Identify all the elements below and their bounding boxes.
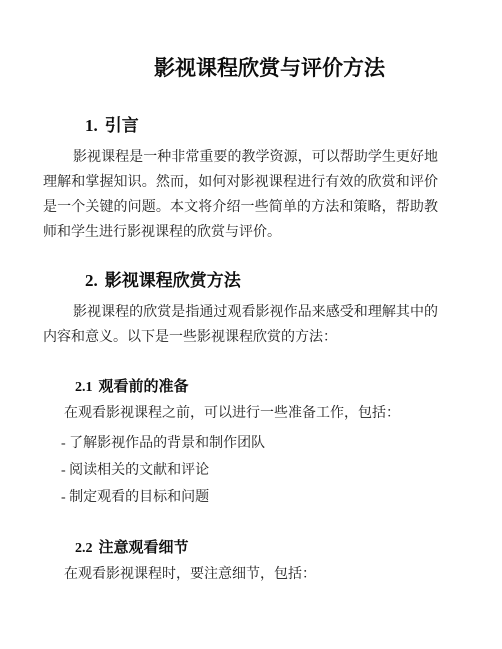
section-2-title-text: 影视课程欣赏方法 <box>105 271 241 290</box>
subsection-2-1-lead: 在观看影视课程之前，可以进行一些准备工作，包括： <box>64 401 438 426</box>
document-title: 影视课程欣赏与评价方法 <box>101 55 438 83</box>
section-2-number: 2. <box>85 271 98 290</box>
subsection-2-1-number: 2.1 <box>75 380 93 395</box>
section-introduction: 1.引言 影视课程是一种非常重要的教学资源，可以帮助学生更好地理解和掌握知识。然… <box>43 114 438 245</box>
subsection-2-1-preparation: 2.1观看前的准备 在观看影视课程之前，可以进行一些准备工作，包括： - 了解影… <box>43 376 438 511</box>
preparation-list: - 了解影视作品的背景和制作团队 - 阅读相关的文献和评论 - 制定观看的目标和… <box>61 430 438 511</box>
subsection-2-2-heading: 2.2注意观看细节 <box>75 537 438 560</box>
document-page: 影视课程欣赏与评价方法 1.引言 影视课程是一种非常重要的教学资源，可以帮助学生… <box>0 0 502 649</box>
section-1-number: 1. <box>85 116 98 135</box>
list-item: - 制定观看的目标和问题 <box>61 484 438 511</box>
subsection-2-2-number: 2.2 <box>75 541 93 556</box>
section-2-paragraph: 影视课程的欣赏是指通过观看影视作品来感受和理解其中的内容和意义。以下是一些影视课… <box>43 300 438 350</box>
subsection-2-1-heading: 2.1观看前的准备 <box>75 376 438 399</box>
subsection-2-2-details: 2.2注意观看细节 在观看影视课程时，要注意细节，包括： <box>43 537 438 587</box>
section-2-heading: 2.影视课程欣赏方法 <box>85 269 438 293</box>
list-item: - 了解影视作品的背景和制作团队 <box>61 430 438 457</box>
section-1-heading: 1.引言 <box>85 114 438 138</box>
subsection-2-2-lead: 在观看影视课程时，要注意细节，包括： <box>64 562 438 587</box>
section-1-paragraph: 影视课程是一种非常重要的教学资源，可以帮助学生更好地理解和掌握知识。然而，如何对… <box>43 145 438 245</box>
section-1-title-text: 引言 <box>105 116 139 135</box>
section-appreciation-methods: 2.影视课程欣赏方法 影视课程的欣赏是指通过观看影视作品来感受和理解其中的内容和… <box>43 269 438 587</box>
list-item: - 阅读相关的文献和评论 <box>61 457 438 484</box>
subsection-2-1-title-text: 观看前的准备 <box>99 378 189 395</box>
subsection-2-2-title-text: 注意观看细节 <box>99 539 189 556</box>
